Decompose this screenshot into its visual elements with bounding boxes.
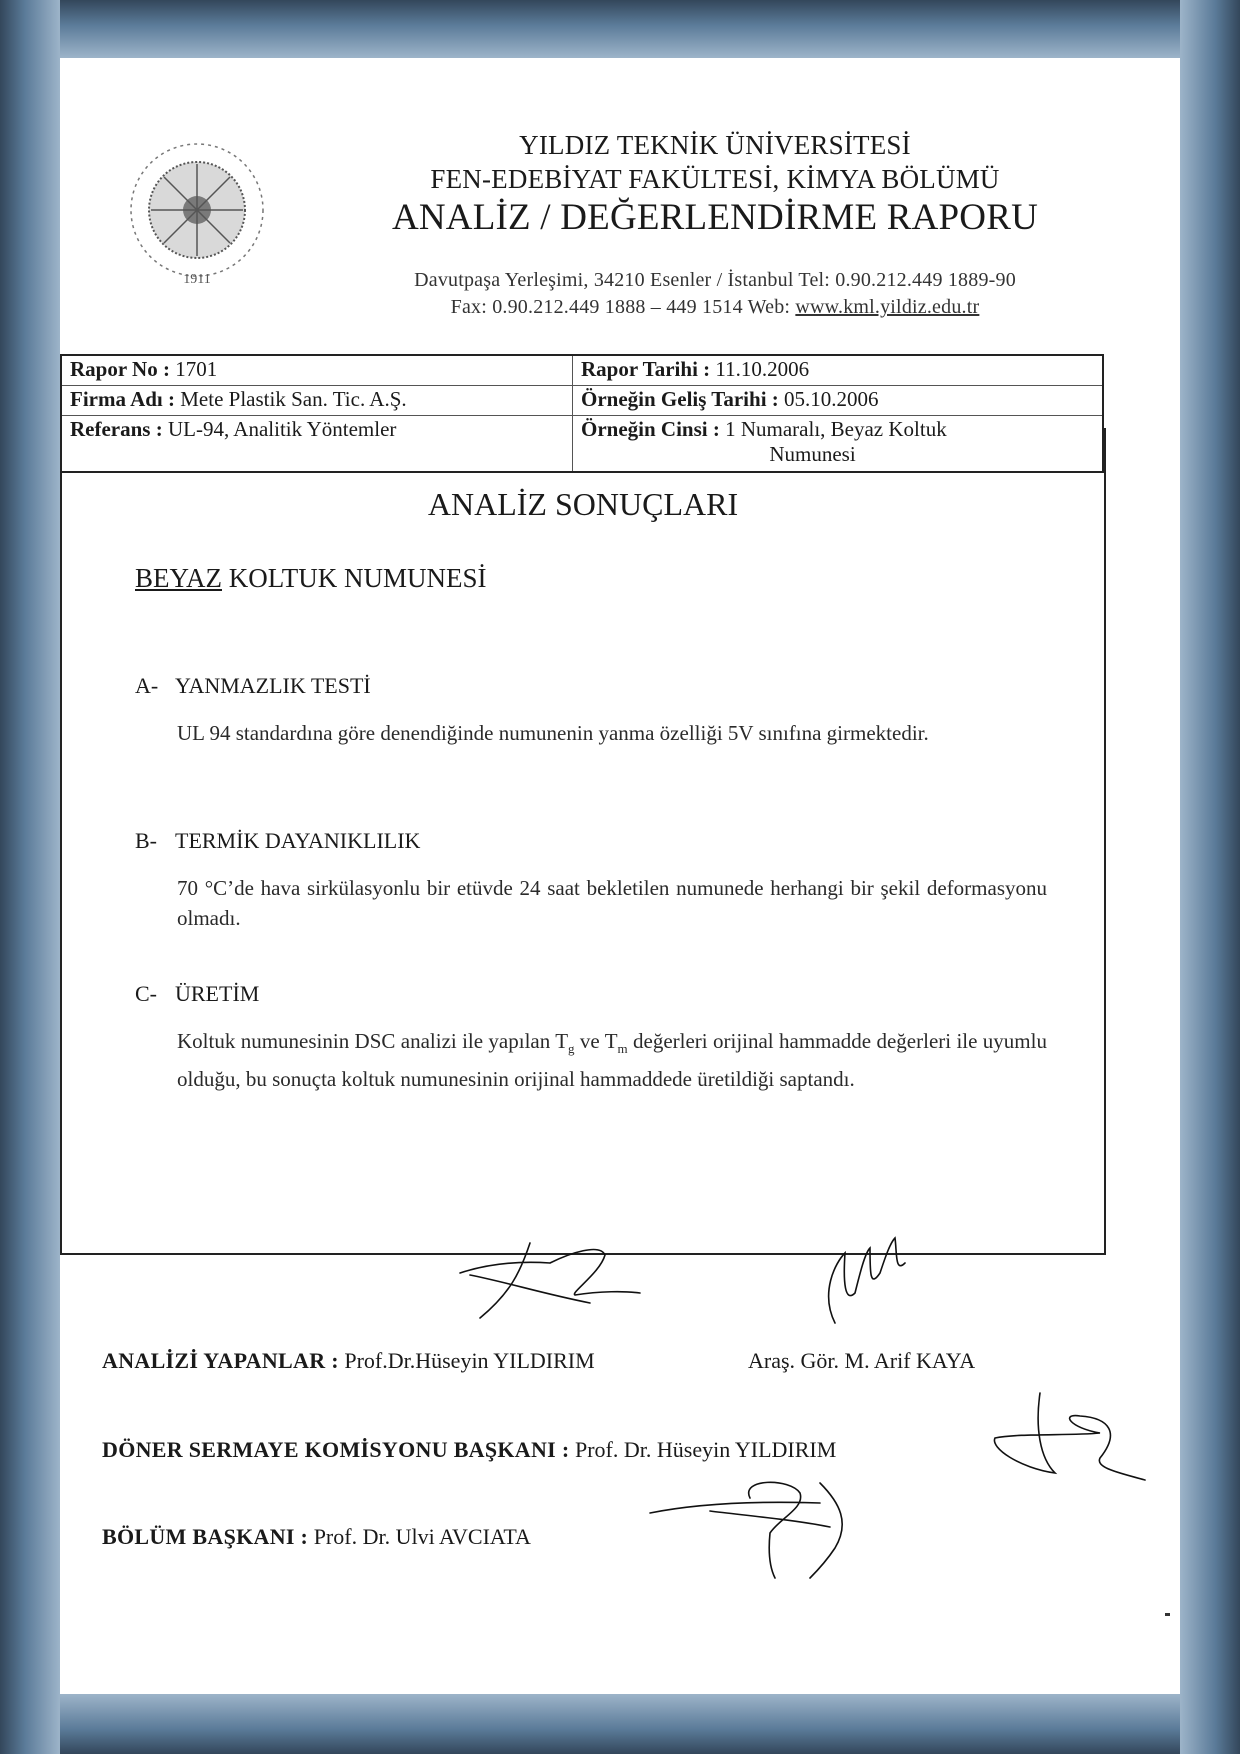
address-line: Davutpaşa Yerleşimi, 34210 Esenler / İst…	[310, 269, 1120, 292]
section-c-text: Koltuk numunesinin DSC analizi ile yapıl…	[177, 1026, 1047, 1094]
results-title: ANALİZ SONUÇLARI	[62, 486, 1104, 523]
website-link[interactable]: www.kml.yildiz.edu.tr	[795, 296, 979, 318]
faculty-name: FEN-EDEBİYAT FAKÜLTESİ, KİMYA BÖLÜMÜ	[310, 164, 1120, 195]
section-a-heading: A-YANMAZLIK TESTİ	[135, 673, 371, 699]
commission-head-line: DÖNER SERMAYE KOMİSYONU BAŞKANI : Prof. …	[102, 1437, 836, 1463]
section-b-heading: B-TERMİK DAYANIKLILIK	[135, 828, 420, 854]
analysis-results-box: ANALİZ SONUÇLARI BEYAZ KOLTUK NUMUNESİ A…	[60, 428, 1106, 1255]
analyst-2-name: Araş. Gör. M. Arif KAYA	[748, 1348, 975, 1374]
svg-text:1911: 1911	[183, 272, 210, 287]
report-type-title: ANALİZ / DEĞERLENDİRME RAPORU	[310, 196, 1120, 239]
report-date-cell: Rapor Tarihi : 11.10.2006	[573, 355, 1104, 386]
signature-kaya-icon	[815, 1233, 925, 1333]
section-b-text: 70 °C’de hava sirkülasyonlu bir etüvde 2…	[177, 873, 1047, 933]
analyst-1-name: Prof.Dr.Hüseyin YILDIRIM	[344, 1348, 594, 1373]
university-name: YILDIZ TEKNİK ÜNİVERSİTESİ	[310, 130, 1120, 161]
signature-yildirim-1-icon	[450, 1233, 650, 1323]
sample-title: BEYAZ KOLTUK NUMUNESİ	[135, 563, 487, 594]
company-cell: Firma Adı : Mete Plastik San. Tic. A.Ş.	[61, 386, 573, 416]
signature-avciata-icon	[640, 1473, 880, 1583]
section-a-text: UL 94 standardına göre denendiğinde numu…	[177, 718, 1047, 748]
section-c-heading: C-ÜRETİM	[135, 981, 259, 1007]
report-page: 1911 YILDIZ TEKNİK ÜNİVERSİTESİ FEN-EDEB…	[60, 58, 1180, 1694]
analysts-line: ANALİZİ YAPANLAR : Prof.Dr.Hüseyin YILDI…	[102, 1348, 595, 1374]
scan-speck	[1165, 1613, 1170, 1616]
fax-web-line: Fax: 0.90.212.449 1888 – 449 1514 Web: w…	[310, 296, 1120, 319]
report-no-cell: Rapor No : 1701	[61, 355, 573, 386]
arrival-date-cell: Örneğin Geliş Tarihi : 05.10.2006	[573, 386, 1104, 416]
university-seal-icon: 1911	[122, 138, 272, 288]
department-head-line: BÖLÜM BAŞKANI : Prof. Dr. Ulvi AVCIATA	[102, 1524, 531, 1550]
signature-yildirim-2-icon	[980, 1388, 1150, 1488]
